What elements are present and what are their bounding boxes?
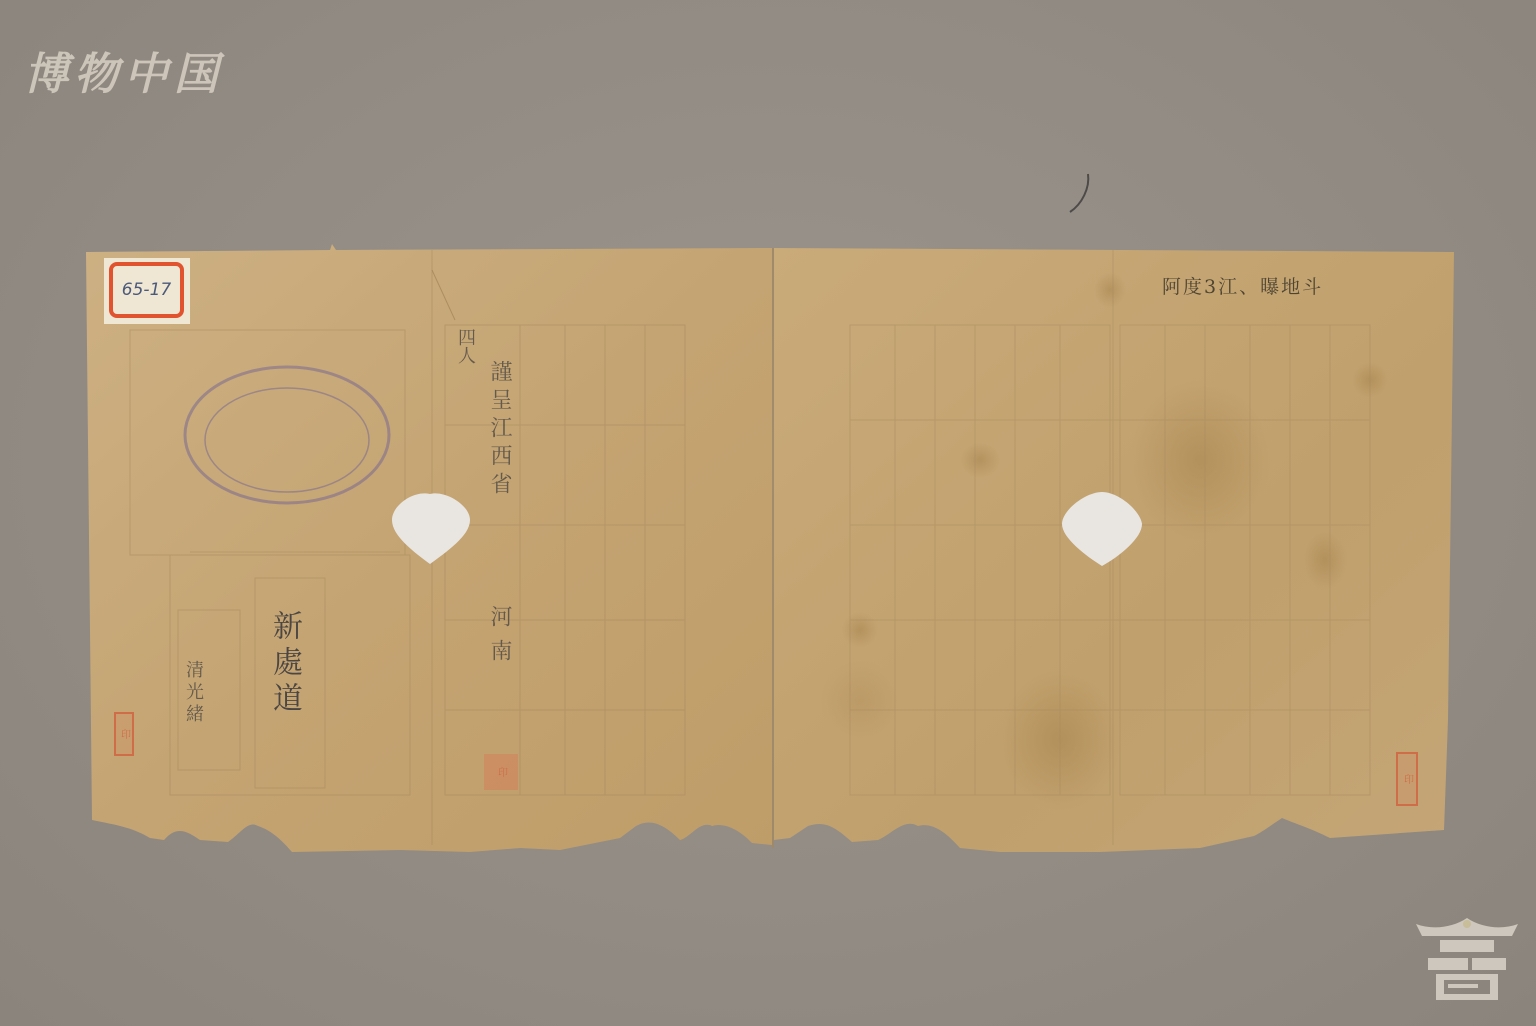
handwritten-note-top-right: 阿度3江、曝地斗 (1162, 272, 1323, 299)
catalog-label-text: 65-17 (109, 262, 184, 318)
pavilion-logo-icon (1412, 910, 1522, 1002)
handwriting-side: 清光緒 (180, 660, 206, 726)
seal-left: 印 (114, 712, 134, 756)
seal-right: 印 (1396, 752, 1418, 806)
handwriting-lower: 河南 (484, 605, 515, 673)
seal-middle: 印 (484, 754, 518, 790)
catalog-label: 65-17 (104, 258, 190, 324)
handwriting-main: 新處道 (262, 610, 306, 718)
handwriting-top: 四人 (452, 328, 478, 364)
paper-document (0, 0, 1536, 1026)
handwriting-column: 謹呈江西省 (484, 360, 515, 500)
